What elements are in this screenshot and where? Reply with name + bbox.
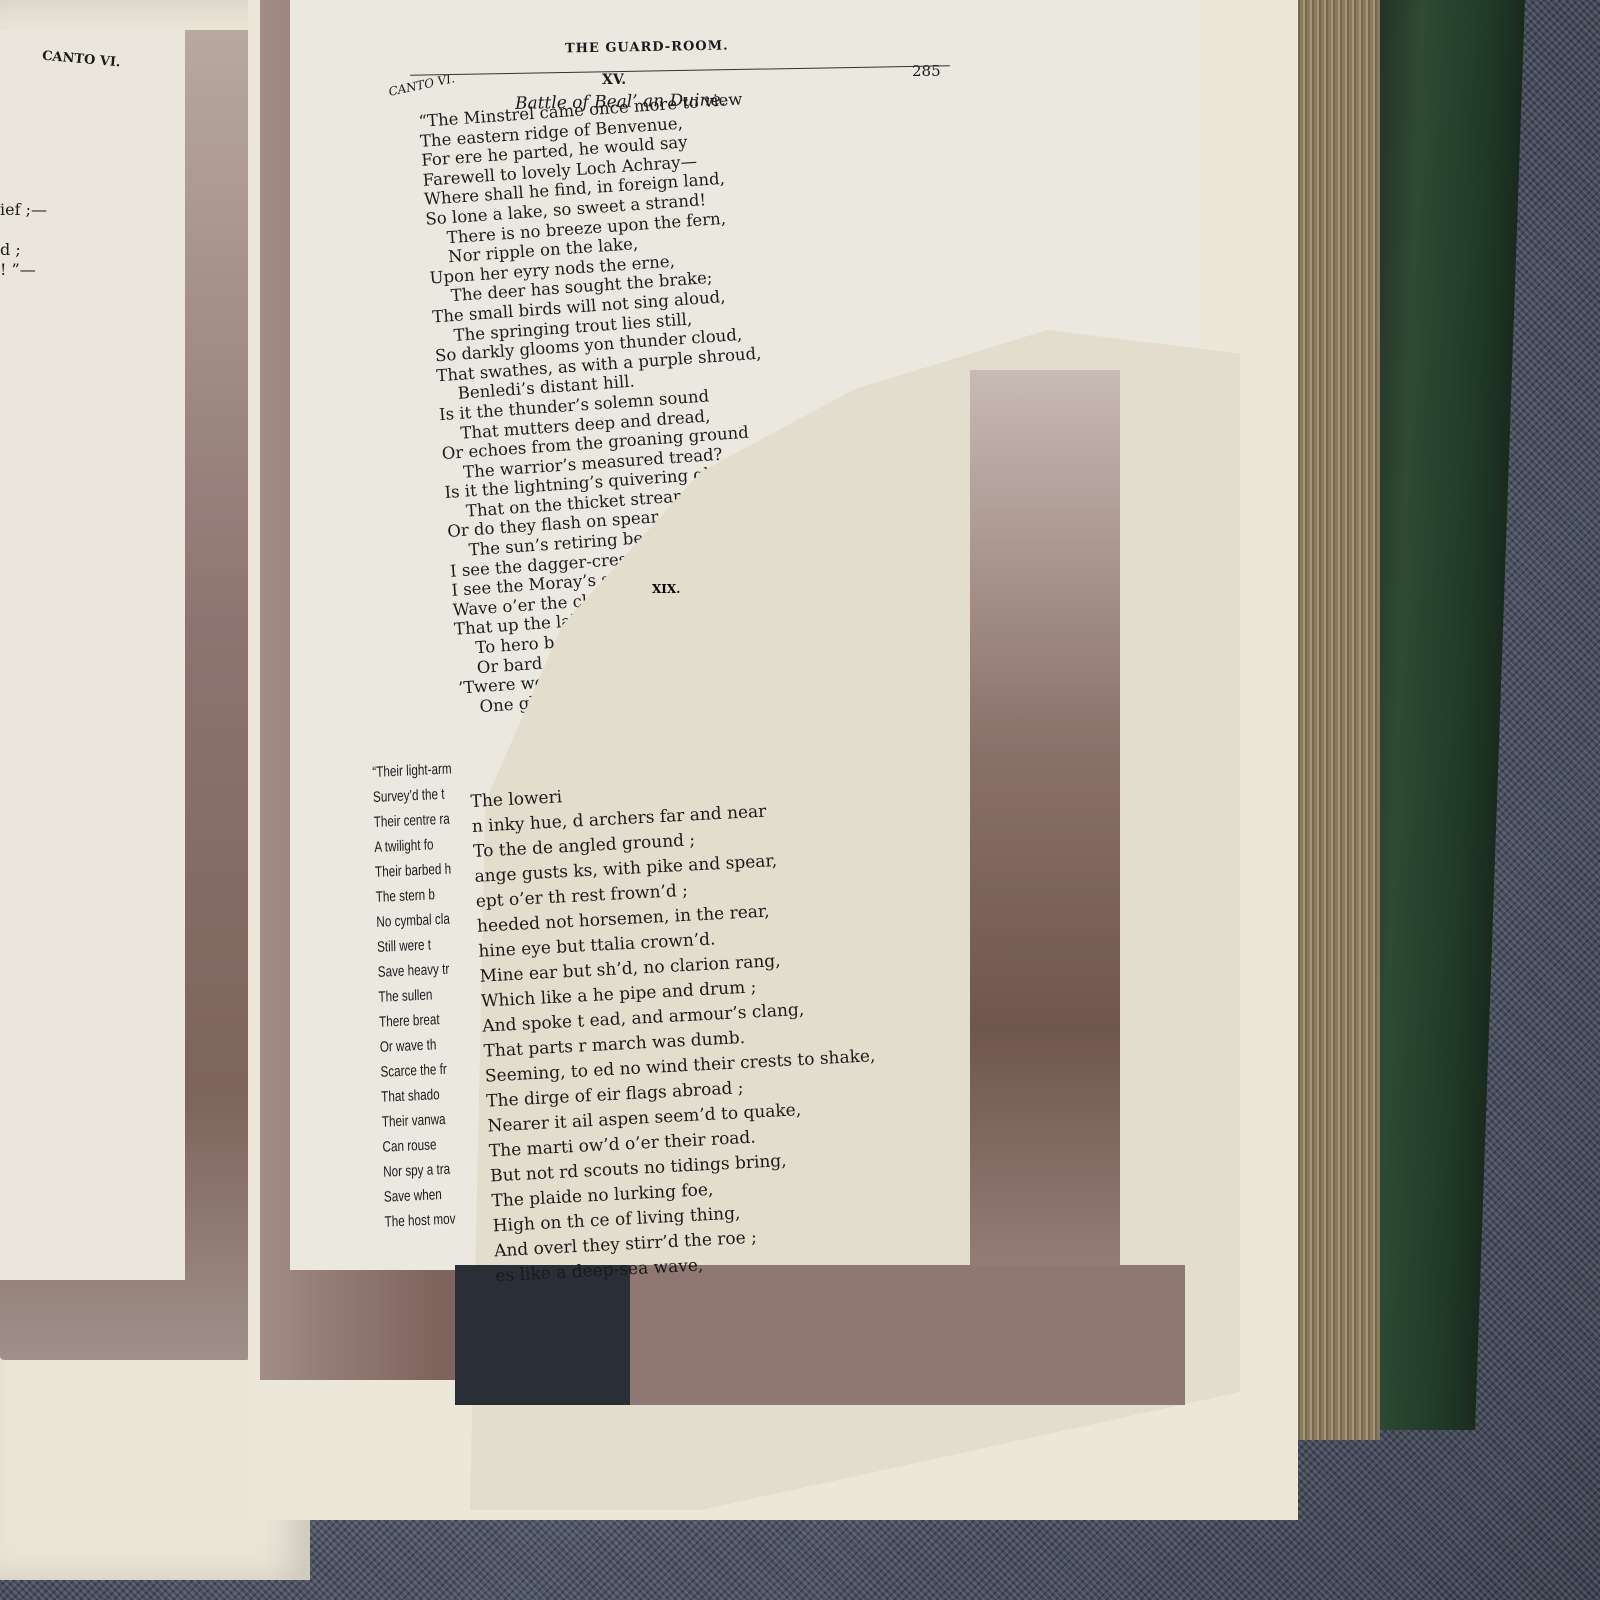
fragment: No cymbal cla: [376, 906, 456, 935]
fragment: The stern b: [375, 881, 455, 910]
fragment: Scarce the fr: [380, 1056, 460, 1085]
fragment: The host mov: [384, 1206, 464, 1235]
fragment: There breat: [379, 1006, 459, 1035]
torn-flap-engraving: [970, 370, 1120, 1310]
fragment: Their barbed h: [375, 856, 455, 885]
fragment: Nor spy a tra: [383, 1156, 463, 1185]
fragment: d ;: [0, 240, 47, 260]
fragment: Still were t: [377, 931, 457, 960]
bottom-engraving: [455, 1265, 1185, 1405]
stanza-number: XV.: [602, 72, 626, 88]
fragment: A twilight fo: [374, 831, 454, 860]
fragment: ief ;—: [0, 200, 47, 220]
fragment: Survey’d the t: [373, 781, 453, 810]
fragment: The sullen: [378, 981, 458, 1010]
fragment: Save heavy tr: [377, 956, 457, 985]
left-fragments: ief ;— d ; ! ”—: [0, 200, 47, 280]
fragment: That shado: [381, 1081, 461, 1110]
flap-stanza-number: XIX.: [652, 582, 680, 596]
fragment: Their vanwa: [382, 1106, 462, 1135]
running-head: THE GUARD-ROOM.: [565, 39, 729, 57]
fragment: Or wave th: [379, 1031, 459, 1060]
flap-text: The loweri n inky hue, d archers far and…: [470, 770, 886, 1290]
fragment: Can rouse: [382, 1131, 462, 1160]
underlying-page-fragments: “Their light-arm Survey’d the t Their ce…: [372, 756, 464, 1234]
fragment: Their centre ra: [373, 806, 453, 835]
fragment: Save when: [384, 1181, 464, 1210]
fragment: “Their light-arm: [372, 756, 452, 785]
fragment: ! ”—: [0, 260, 47, 280]
